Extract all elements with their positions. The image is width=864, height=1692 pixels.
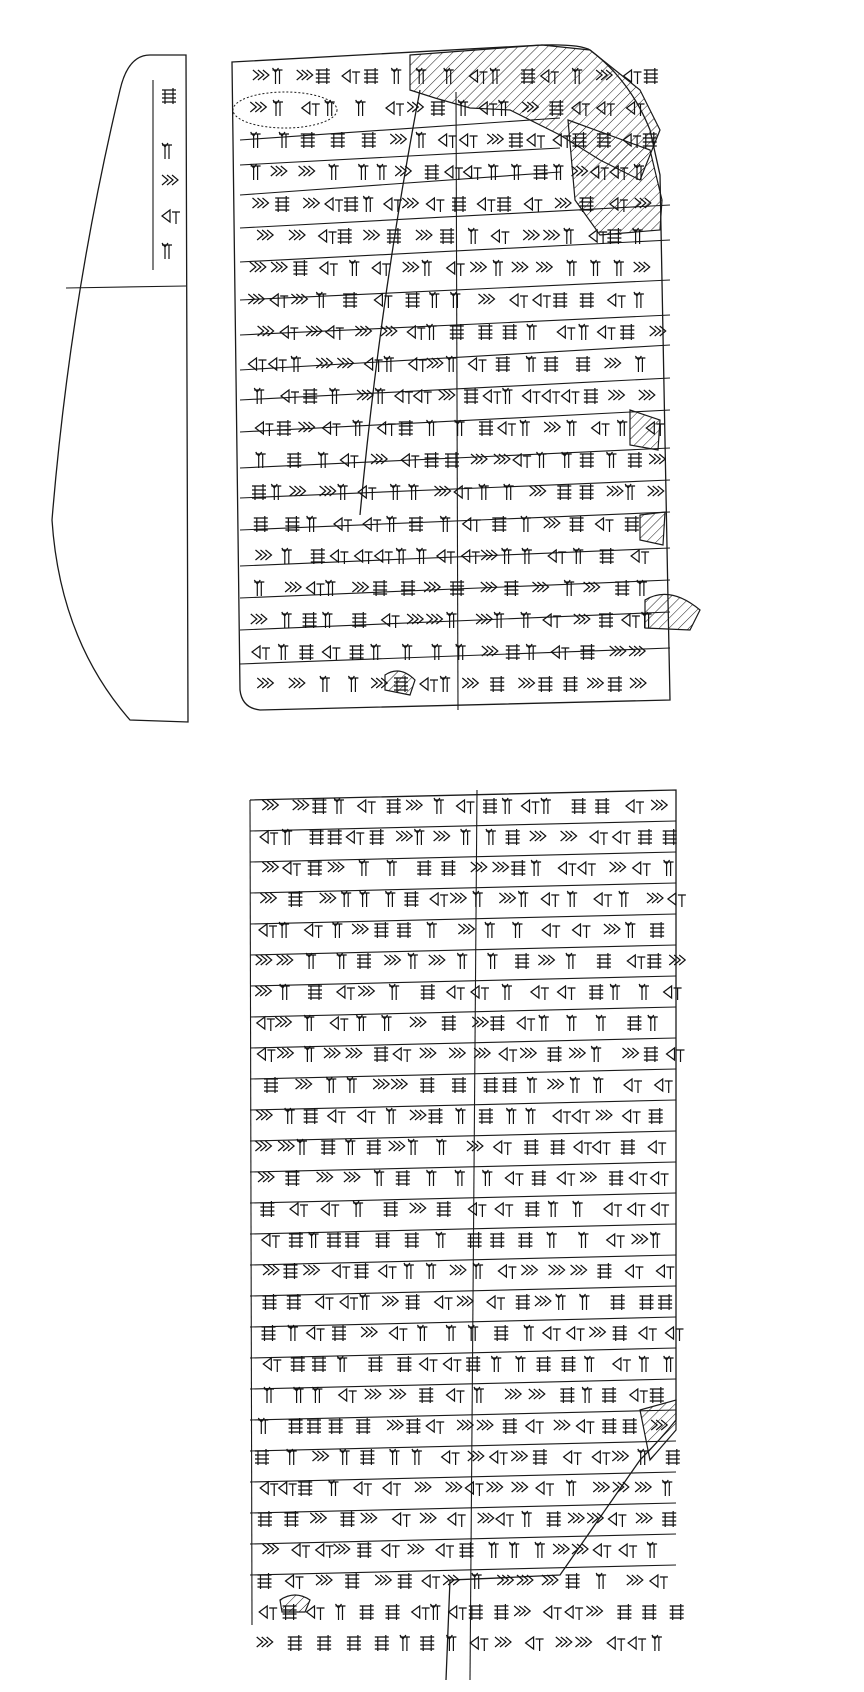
reverse-signs	[255, 798, 686, 1651]
obverse-view	[232, 45, 700, 710]
reverse-view	[250, 790, 686, 1680]
reverse-ruling	[250, 821, 676, 1575]
edge-view	[52, 55, 188, 722]
tablet-drawing	[0, 0, 864, 1692]
